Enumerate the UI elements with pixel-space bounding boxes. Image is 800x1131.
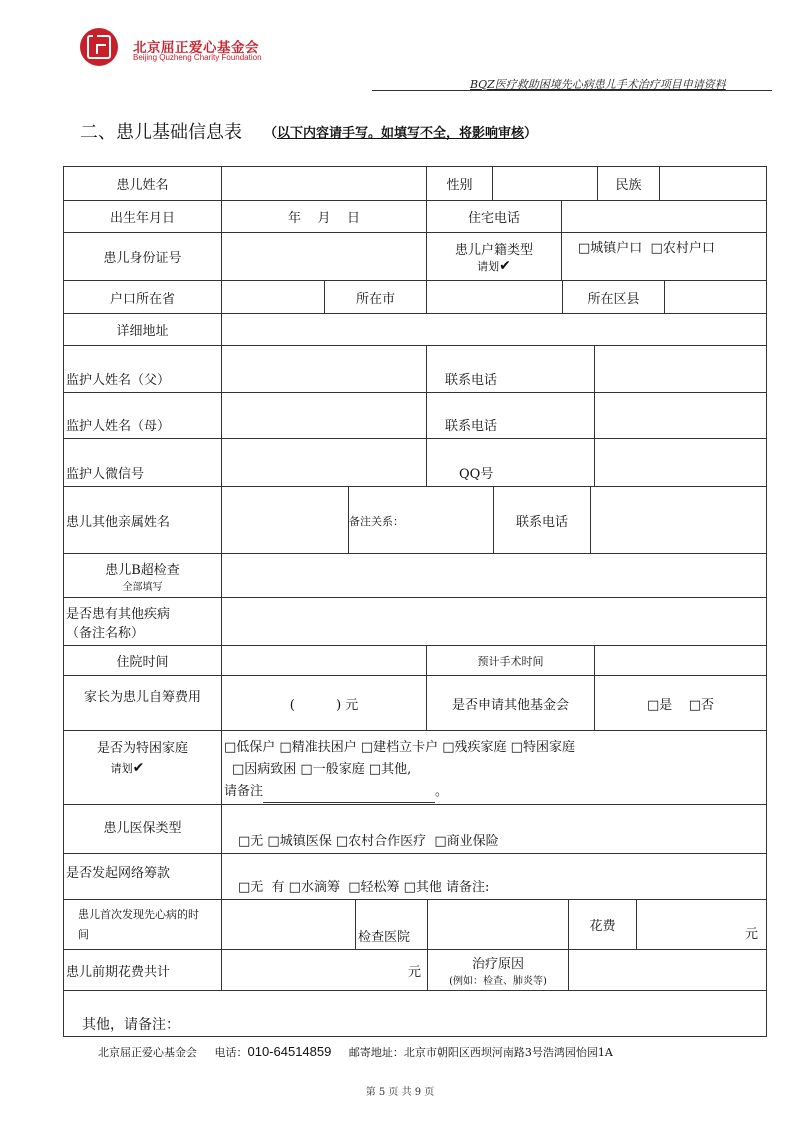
bscan-text: 患儿B超检查 — [105, 559, 180, 578]
input-exam-hospital[interactable] — [427, 899, 569, 950]
label-other-foundation: 是否申请其他基金会 — [426, 675, 595, 731]
input-id-number[interactable] — [221, 232, 427, 281]
hardship-text: 是否为特困家庭 — [97, 737, 188, 756]
logo-text-en: Beijing Quzheng Charity Foundation — [133, 53, 262, 62]
label-relative-phone: 联系电话 — [493, 486, 591, 554]
label-id-number: 患儿身份证号 — [63, 232, 222, 281]
bscan-hint: 全部填写 — [123, 578, 163, 593]
footer-phone: 010-64514859 — [247, 1044, 331, 1059]
tick-hint: 请划✔ — [477, 258, 511, 274]
input-relation-note[interactable]: 备注关系： — [348, 486, 494, 554]
crowdfund-checkboxes[interactable]: □无 有 □水滴筹 □轻松筹 □其他 请备注: — [221, 853, 767, 900]
label-bscan: 患儿B超检查 全部填写 — [63, 553, 222, 598]
label-ethnicity: 民族 — [597, 166, 660, 201]
input-relative-phone[interactable] — [590, 486, 767, 554]
input-mother-phone[interactable] — [594, 392, 767, 439]
input-hospital-time[interactable] — [221, 645, 427, 676]
input-bscan[interactable] — [221, 553, 767, 598]
tick-hint-text: 请划 — [111, 762, 133, 775]
hardship-options-line1[interactable]: □低保户 □精准扶困户 □建档立卡户 □残疾家庭 □特困家庭 — [224, 737, 575, 759]
hardship-note-input[interactable] — [263, 790, 435, 803]
note-paren-open: （ — [264, 126, 277, 141]
input-address[interactable] — [221, 313, 767, 346]
hardship-note-end: 。 — [435, 784, 448, 799]
hardship-note-label: 请备注 — [224, 784, 263, 799]
section-title: 二、患儿基础信息表 — [80, 118, 242, 144]
header-divider — [372, 90, 772, 91]
label-surgery-time: 预计手术时间 — [426, 645, 595, 676]
input-home-phone[interactable] — [561, 200, 767, 233]
logo-glyph-icon — [87, 35, 111, 59]
input-other-note[interactable]: 其他，请备注： — [63, 990, 767, 1037]
input-first-found[interactable] — [221, 899, 356, 950]
label-father-name: 监护人姓名（父） — [63, 345, 222, 393]
label-hospital-time: 住院时间 — [63, 645, 222, 676]
input-father-phone[interactable] — [594, 345, 767, 393]
other-disease-text: 是否患有其他疾病 — [66, 603, 170, 622]
label-exam-hospital: 检查医院 — [355, 899, 428, 950]
input-other-disease[interactable] — [221, 597, 767, 646]
treat-reason-hint: (例如：检查、肺炎等) — [449, 972, 547, 987]
tick-hint-text: 请划 — [477, 260, 499, 273]
hardship-note[interactable]: 请备注。 — [224, 781, 448, 803]
hardship-tick-hint: 请划✔ — [111, 760, 145, 776]
input-self-fund[interactable]: ( ) 元 — [221, 675, 427, 731]
other-disease-hint: （备注名称） — [66, 622, 144, 641]
label-gender: 性别 — [426, 166, 493, 201]
treat-reason-text: 治疗原因 — [472, 953, 524, 972]
input-province[interactable] — [221, 280, 325, 314]
input-treat-reason[interactable] — [568, 949, 767, 991]
other-foundation-checkboxes[interactable]: □是 □否 — [594, 675, 767, 731]
input-qq[interactable] — [594, 438, 767, 487]
label-address: 详细地址 — [63, 313, 222, 346]
label-home-phone: 住宅电话 — [426, 200, 562, 233]
label-patient-name: 患儿姓名 — [63, 166, 222, 201]
label-province: 户口所在省 — [63, 280, 222, 314]
hardship-checkboxes[interactable]: □低保户 □精准扶困户 □建档立卡户 □残疾家庭 □特困家庭 □因病致困 □一般… — [221, 730, 767, 805]
check-mark-icon: ✔ — [499, 258, 511, 274]
footer-address: 北京市朝阳区西坝河南路3号浩鸿园怡园1A — [404, 1046, 613, 1059]
footer-org: 北京屈正爱心基金会 — [98, 1046, 197, 1059]
label-wechat: 监护人微信号 — [63, 438, 222, 487]
label-hukou-type: 患儿户籍类型 请划✔ — [426, 232, 562, 281]
insurance-checkboxes[interactable]: □无 □城镇医保 □农村合作医疗 □商业保险 — [221, 804, 767, 854]
input-father-name[interactable] — [221, 345, 427, 393]
input-gender[interactable] — [492, 166, 598, 201]
label-treat-reason: 治疗原因 (例如：检查、肺炎等) — [427, 949, 569, 991]
input-district[interactable] — [664, 280, 767, 314]
label-birth-date: 出生年月日 — [63, 200, 222, 233]
label-relatives: 患儿其他亲属姓名 — [63, 486, 222, 554]
label-first-found: 患儿首次发现先心病的时间 — [63, 899, 222, 950]
input-city[interactable] — [426, 280, 563, 314]
label-hardship: 是否为特困家庭 请划✔ — [63, 730, 222, 805]
input-patient-name[interactable] — [221, 166, 427, 201]
label-mother-phone: 联系电话 — [426, 392, 595, 439]
input-ethnicity[interactable] — [659, 166, 767, 201]
label-prior-cost: 患儿前期花费共计 — [63, 949, 222, 991]
label-other-disease: 是否患有其他疾病 （备注名称） — [63, 597, 222, 646]
input-birth-date[interactable]: 年 月 日 — [221, 200, 427, 233]
label-insurance: 患儿医保类型 — [63, 804, 222, 854]
footer-contact: 北京屈正爱心基金会 电话：010-64514859 邮寄地址：北京市朝阳区西坝河… — [98, 1044, 613, 1060]
input-prior-cost[interactable]: 元 — [221, 949, 428, 991]
label-self-fund: 家长为患儿自筹费用 — [63, 675, 222, 731]
input-cost[interactable]: 元 — [636, 899, 767, 950]
hukou-type-checkboxes[interactable]: □城镇户口 □农村户口 — [561, 232, 767, 281]
input-relatives[interactable] — [221, 486, 349, 554]
label-cost: 花费 — [568, 899, 637, 950]
label-qq: QQ号 — [426, 438, 595, 487]
hardship-options-line2[interactable]: □因病致困 □一般家庭 □其他, — [224, 759, 411, 781]
label-mother-name: 监护人姓名（母） — [63, 392, 222, 439]
hukou-type-text: 患儿户籍类型 — [455, 239, 533, 258]
note-text: 以下内容请手写。如填写不全，将影响审核 — [277, 126, 524, 141]
input-wechat[interactable] — [221, 438, 427, 487]
note-paren-close: ） — [524, 126, 537, 141]
section-note: （以下内容请手写。如填写不全，将影响审核） — [264, 122, 537, 141]
footer-address-label: 邮寄地址： — [349, 1046, 404, 1059]
page-indicator: 第 5 页 共 9 页 — [0, 1083, 800, 1098]
label-father-phone: 联系电话 — [426, 345, 595, 393]
label-city: 所在市 — [324, 280, 427, 314]
input-surgery-time[interactable] — [594, 645, 767, 676]
label-district: 所在区县 — [562, 280, 665, 314]
footer-phone-label: 电话： — [214, 1046, 247, 1059]
input-mother-name[interactable] — [221, 392, 427, 439]
label-crowdfund: 是否发起网络筹款 — [63, 853, 222, 900]
check-mark-icon: ✔ — [133, 760, 145, 776]
